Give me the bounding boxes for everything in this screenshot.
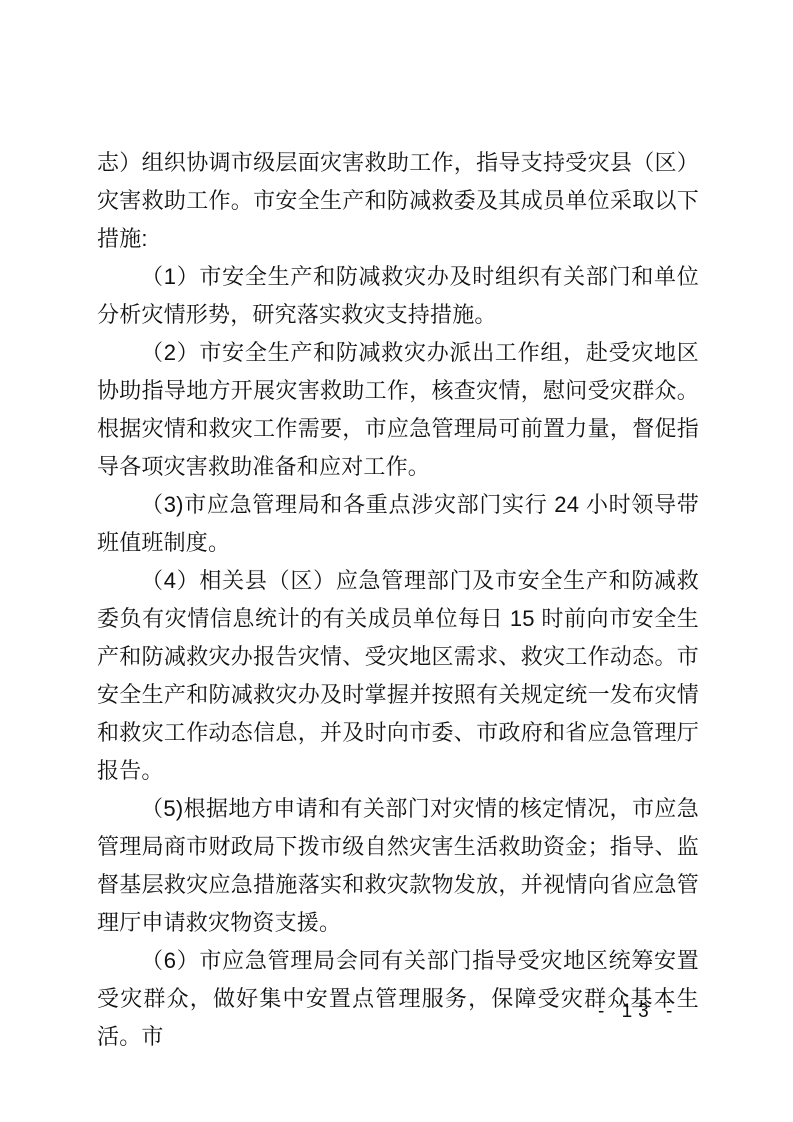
paragraph-item-5: （5)根据地方申请和有关部门对灾情的核定情况，市应急管理局商市财政局下拨市级自然…: [97, 790, 699, 942]
paragraph-item-4: （4）相关县（区）应急管理部门及市安全生产和防减救委负有灾情信息统计的有关成员单…: [97, 562, 699, 790]
body-text: 志）组织协调市级层面灾害救助工作，指导支持受灾县（区）灾害救助工作。市安全生产和…: [97, 144, 699, 1056]
page-number: - 13 -: [598, 1001, 678, 1023]
paragraph-item-2: （2）市安全生产和防减救灾办派出工作组，赴受灾地区协助指导地方开展灾害救助工作，…: [97, 334, 699, 486]
paragraph-continuation: 志）组织协调市级层面灾害救助工作，指导支持受灾县（区）灾害救助工作。市安全生产和…: [97, 144, 699, 258]
document-page: 志）组织协调市级层面灾害救助工作，指导支持受灾县（区）灾害救助工作。市安全生产和…: [0, 0, 793, 1122]
paragraph-item-1: （1）市安全生产和防减救灾办及时组织有关部门和单位分析灾情形势，研究落实救灾支持…: [97, 258, 699, 334]
paragraph-item-3: （3)市应急管理局和各重点涉灾部门实行 24 小时领导带班值班制度。: [97, 486, 699, 562]
paragraph-item-6: （6）市应急管理局会同有关部门指导受灾地区统筹安置受灾群众，做好集中安置点管理服…: [97, 942, 699, 1056]
